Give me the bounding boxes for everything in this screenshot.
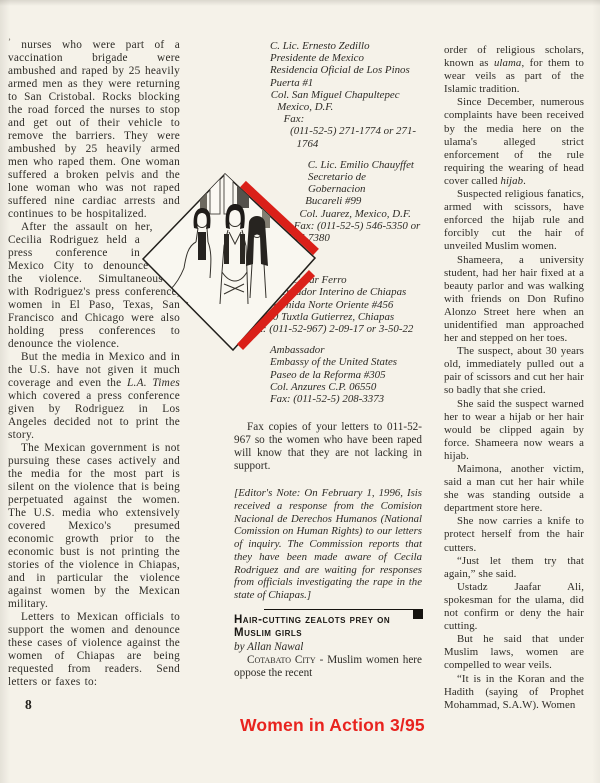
paragraph: Maimona, another victim, said a man cut … (444, 463, 584, 515)
address-line: Col. Anzures C.P. 06550 (270, 381, 422, 393)
address-line: (011-52-5) 271-1774 or 271-1764 (270, 125, 422, 149)
paragraph: Letters to Mexican officials to support … (8, 611, 180, 689)
paragraph: Fax copies of your letters to 011-52-967… (234, 421, 422, 473)
italic-publication-name: L.A. Times (127, 377, 180, 389)
paragraph: Ustadz Jaafar Ali, spokesman for the ula… (444, 581, 584, 633)
paragraph: She said the suspect warned her to wear … (444, 398, 584, 463)
scan-mark: ’ (8, 37, 11, 47)
paragraph: Since December, numerous complaints have… (444, 96, 584, 188)
italic-term: ulama (494, 57, 522, 69)
paragraph: “Just let them try that again,” she said… (444, 555, 584, 581)
footer-title: Women in Action 3/95 (240, 715, 425, 736)
dateline-location: Cotabato City (247, 654, 316, 666)
section-divider-rule (264, 609, 422, 610)
magazine-page: ’ nurses who were part of a vaccination … (0, 0, 600, 783)
paragraph: “It is in the Koran and the Hadith (sayi… (444, 673, 584, 712)
address-line: Fax: (270, 113, 422, 125)
address-line: Embassy of the United States (270, 356, 422, 368)
address-line: Mexico, D.F. (270, 101, 422, 113)
address-line: C. Lic. Emilio Chauyffet (270, 159, 422, 171)
address-line: Residencia Oficial de Los Pinos (270, 64, 422, 76)
paragraph: order of religious scholars, known as ul… (444, 44, 584, 96)
address-line: C. Lic. Ernesto Zedillo (270, 40, 422, 52)
paragraph: Suspected religious fanatics, armed with… (444, 188, 584, 253)
italic-term: hijab (500, 175, 523, 187)
page-number: 8 (25, 697, 32, 713)
diamond-three-women-illustration (140, 172, 320, 354)
address-line: Puerta #1 (270, 77, 422, 89)
paragraph: But the media in Mexico and in the U.S. … (8, 351, 180, 442)
divider-square-mark (413, 609, 423, 619)
address-line: Paseo de la Reforma #305 (270, 369, 422, 381)
paragraph: The Mexican government is not pursuing t… (8, 442, 180, 611)
paragraph: But he said that under Muslim laws, wome… (444, 633, 584, 672)
column-left: ’ nurses who were part of a vaccination … (8, 36, 180, 689)
dateline-paragraph: Cotabato City - Muslim women here oppose… (234, 654, 422, 680)
column-middle: C. Lic. Ernesto Zedillo Presidente de Me… (234, 40, 422, 680)
article-byline: by Allan Nawal (234, 641, 422, 654)
address-line: Col. San Miguel Chapultepec (270, 89, 422, 101)
paragraph: She now carries a knife to protect herse… (444, 515, 584, 554)
editors-note: [Editor's Note: On February 1, 1996, Isi… (234, 487, 422, 601)
article-heading: Hair-cutting zealots prey on Muslim girl… (234, 614, 422, 641)
column-right: order of religious scholars, known as ul… (444, 44, 584, 712)
address-line: Presidente de Mexico (270, 52, 422, 64)
address-block-zedillo: C. Lic. Ernesto Zedillo Presidente de Me… (270, 40, 422, 150)
address-line: Fax: (011-52-5) 208-3373 (270, 393, 422, 405)
paragraph: The suspect, about 30 years old, immedia… (444, 345, 584, 397)
paragraph: Shameera, a university student, had her … (444, 254, 584, 346)
